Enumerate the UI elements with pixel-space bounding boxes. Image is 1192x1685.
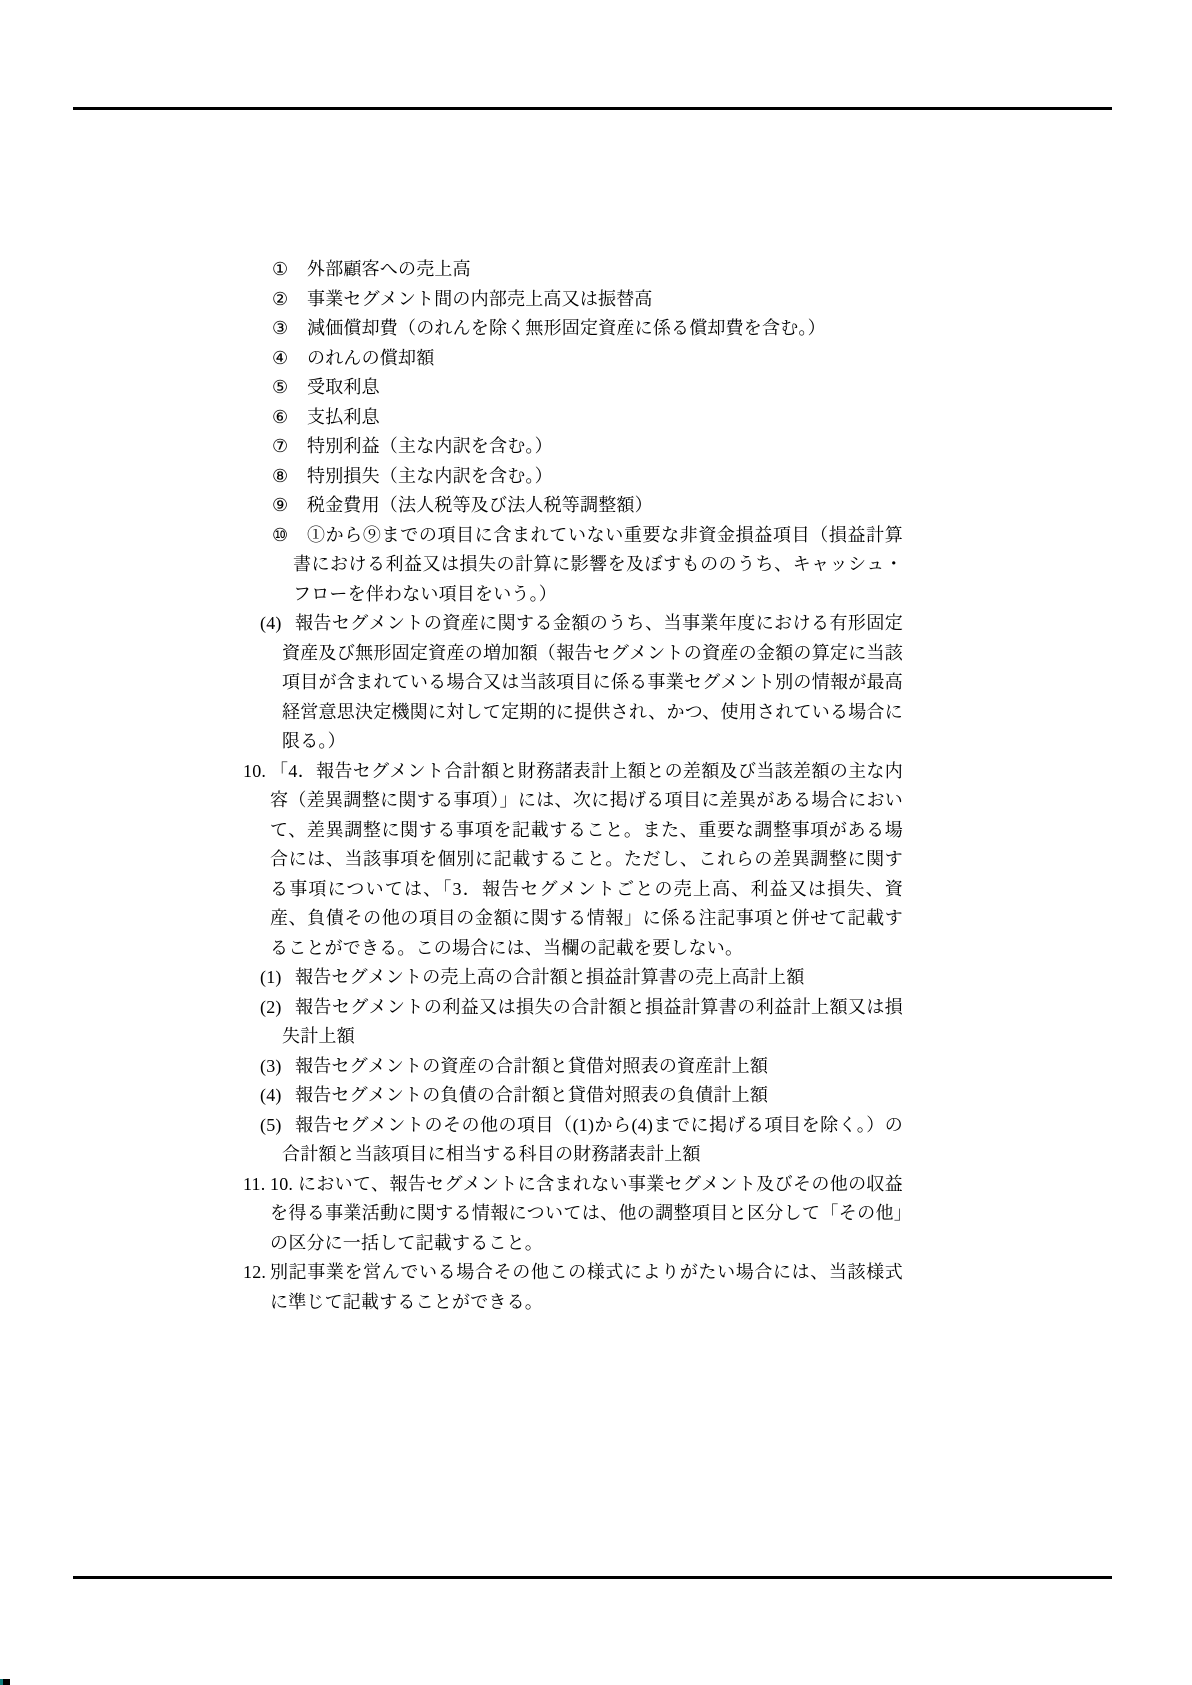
item-marker: ⑧ (272, 462, 288, 492)
item-marker: ① (272, 255, 288, 285)
item-marker: ③ (272, 314, 288, 344)
item-circled-2: ② 事業セグメント間の内部売上高又は振替高 (0, 285, 1192, 315)
item-text: 「4．報告セグメント合計額と財務諸表計上額との差額及び当該差額の主な内容（差異調… (270, 761, 903, 958)
item-sub-1: (1) 報告セグメントの売上高の合計額と損益計算書の売上高計上額 (0, 963, 1192, 993)
item-circled-3: ③ 減価償却費（のれんを除く無形固定資産に係る償却費を含む。） (0, 314, 1192, 344)
item-marker: ② (272, 285, 288, 315)
item-circled-6: ⑥ 支払利息 (0, 403, 1192, 433)
item-text: 10. において、報告セグメントに含まれない事業セグメント及びその他の収益を得る… (270, 1174, 903, 1253)
item-marker: (5) (260, 1111, 282, 1141)
item-circled-8: ⑧ 特別損失（主な内訳を含む。） (0, 462, 1192, 492)
item-marker: ⑤ (272, 373, 288, 403)
scan-corner-artifact (0, 1679, 10, 1685)
item-circled-5: ⑤ 受取利息 (0, 373, 1192, 403)
item-marker: (1) (260, 963, 282, 993)
item-sub-4: (4) 報告セグメントの負債の合計額と貸借対照表の負債計上額 (0, 1081, 1192, 1111)
item-marker: ⑦ (272, 432, 288, 462)
item-marker: ⑩ (272, 521, 288, 551)
top-rule (73, 107, 1112, 110)
bottom-rule (73, 1576, 1112, 1579)
document-page: { "page": { "background": "#ffffff", "te… (0, 0, 1192, 1685)
item-marker: ⑨ (272, 491, 288, 521)
item-num-11: 11. 10. において、報告セグメントに含まれない事業セグメント及びその他の収… (0, 1170, 1192, 1259)
item-marker: 12. (243, 1258, 266, 1288)
item-marker: ④ (272, 344, 288, 374)
item-text: 報告セグメントの資産の合計額と貸借対照表の資産計上額 (295, 1056, 768, 1076)
item-marker: ⑥ (272, 403, 288, 433)
item-text: 外部顧客への売上高 (307, 259, 471, 279)
item-marker: (2) (260, 993, 282, 1023)
item-text: 特別損失（主な内訳を含む。） (307, 466, 553, 486)
item-text: 報告セグメントの売上高の合計額と損益計算書の売上高計上額 (295, 967, 804, 987)
item-circled-9: ⑨ 税金費用（法人税等及び法人税等調整額） (0, 491, 1192, 521)
item-sub-2: (2) 報告セグメントの利益又は損失の合計額と損益計算書の利益計上額又は損失計上… (0, 993, 1192, 1052)
item-text: ①から⑨までの項目に含まれていない重要な非資金損益項目（損益計算書における利益又… (293, 525, 903, 604)
item-text: 別記事業を営んでいる場合その他この様式によりがたい場合には、当該様式に準じて記載… (270, 1262, 903, 1312)
item-text: のれんの償却額 (307, 348, 434, 368)
item-text: 税金費用（法人税等及び法人税等調整額） (307, 495, 653, 515)
item-sub-5: (5) 報告セグメントのその他の項目（(1)から(4)までに掲げる項目を除く。）… (0, 1111, 1192, 1170)
item-text: 支払利息 (307, 407, 380, 427)
item-text: 報告セグメントのその他の項目（(1)から(4)までに掲げる項目を除く。）の合計額… (282, 1115, 903, 1165)
item-num-12: 12. 別記事業を営んでいる場合その他この様式によりがたい場合には、当該様式に準… (0, 1258, 1192, 1317)
item-marker: 10. (243, 757, 266, 787)
item-paren-4: (4) 報告セグメントの資産に関する金額のうち、当事業年度における有形固定資産及… (0, 609, 1192, 757)
item-text: 報告セグメントの利益又は損失の合計額と損益計算書の利益計上額又は損失計上額 (282, 997, 903, 1047)
item-marker: (4) (260, 1081, 282, 1111)
item-circled-10: ⑩ ①から⑨までの項目に含まれていない重要な非資金損益項目（損益計算書における利… (0, 521, 1192, 610)
item-text: 受取利息 (307, 377, 380, 397)
item-text: 報告セグメントの負債の合計額と貸借対照表の負債計上額 (295, 1085, 768, 1105)
item-text: 報告セグメントの資産に関する金額のうち、当事業年度における有形固定資産及び無形固… (282, 613, 903, 751)
item-num-10: 10. 「4．報告セグメント合計額と財務諸表計上額との差額及び当該差額の主な内容… (0, 757, 1192, 964)
item-circled-7: ⑦ 特別利益（主な内訳を含む。） (0, 432, 1192, 462)
item-circled-1: ① 外部顧客への売上高 (0, 255, 1192, 285)
document-body: ① 外部顧客への売上高 ② 事業セグメント間の内部売上高又は振替高 ③ 減価償却… (0, 255, 1192, 1317)
item-sub-3: (3) 報告セグメントの資産の合計額と貸借対照表の資産計上額 (0, 1052, 1192, 1082)
item-text: 特別利益（主な内訳を含む。） (307, 436, 553, 456)
item-marker: (3) (260, 1052, 282, 1082)
item-marker: (4) (260, 609, 282, 639)
item-text: 事業セグメント間の内部売上高又は振替高 (307, 289, 653, 309)
item-text: 減価償却費（のれんを除く無形固定資産に係る償却費を含む。） (307, 318, 826, 338)
item-circled-4: ④ のれんの償却額 (0, 344, 1192, 374)
item-marker: 11. (243, 1170, 265, 1200)
